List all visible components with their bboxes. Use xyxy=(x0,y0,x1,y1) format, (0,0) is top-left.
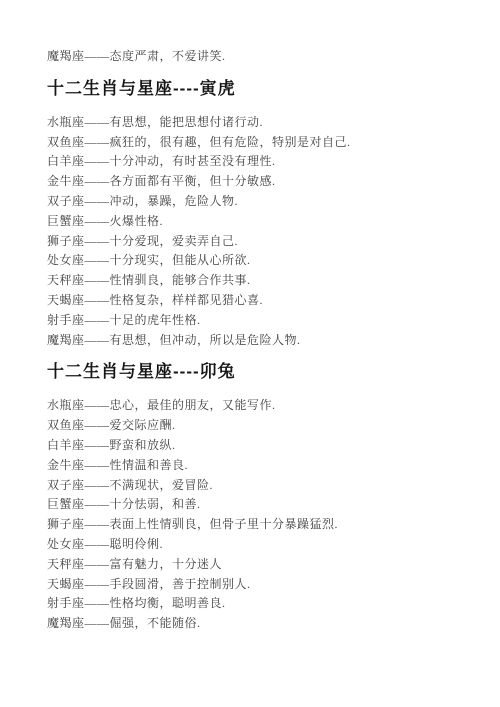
zodiac-line: 白羊座——野蛮和放纵. xyxy=(47,436,458,456)
zodiac-line: 魔羯座——倔强，不能随俗. xyxy=(47,614,458,634)
section-tiger: 十二生肖与星座----寅虎 水瓶座——有思想，能把思想付诸行动. 双鱼座——疯狂… xyxy=(47,77,458,351)
zodiac-line: 处女座——聪明伶俐. xyxy=(47,535,458,555)
zodiac-line: 天蝎座——手段圆滑，善于控制别人. xyxy=(47,575,458,595)
zodiac-line: 天秤座——富有魅力，十分迷人 xyxy=(47,555,458,575)
zodiac-line: 双子座——冲动，暴躁，危险人物. xyxy=(47,192,458,212)
zodiac-line: 巨蟹座——火爆性格. xyxy=(47,212,458,232)
zodiac-line: 射手座——十足的虎年性格. xyxy=(47,311,458,331)
zodiac-line: 白羊座——十分冲动，有时甚至没有理性. xyxy=(47,152,458,172)
section-heading-rabbit: 十二生肖与星座----卯兔 xyxy=(47,360,458,384)
section-body-tiger: 水瓶座——有思想，能把思想付诸行动. 双鱼座——疯狂的，很有趣，但有危险，特别是… xyxy=(47,113,458,351)
zodiac-line: 双子座——不满现状，爱冒险. xyxy=(47,476,458,496)
zodiac-line: 射手座——性格均衡，聪明善良. xyxy=(47,594,458,614)
zodiac-line: 金牛座——各方面都有平衡，但十分敏感. xyxy=(47,172,458,192)
zodiac-line: 水瓶座——忠心，最佳的朋友，又能写作. xyxy=(47,396,458,416)
section-rabbit: 十二生肖与星座----卯兔 水瓶座——忠心，最佳的朋友，又能写作. 双鱼座——爱… xyxy=(47,360,458,634)
zodiac-line: 魔羯座——有思想，但冲动，所以是危险人物. xyxy=(47,331,458,351)
carryover-zodiac-line: 魔羯座——态度严肃，不爱讲笑. xyxy=(47,47,458,67)
zodiac-line: 双鱼座——爱交际应酬. xyxy=(47,416,458,436)
zodiac-line: 天蝎座——性格复杂，样样都见猎心喜. xyxy=(47,291,458,311)
zodiac-line: 水瓶座——有思想，能把思想付诸行动. xyxy=(47,113,458,133)
zodiac-line: 天秤座——性情驯良，能够合作共事. xyxy=(47,271,458,291)
document-page: 魔羯座——态度严肃，不爱讲笑. 十二生肖与星座----寅虎 水瓶座——有思想，能… xyxy=(0,0,500,707)
zodiac-line: 狮子座——表面上性情驯良，但骨子里十分暴躁猛烈. xyxy=(47,515,458,535)
zodiac-line: 处女座——十分现实，但能从心所欲. xyxy=(47,251,458,271)
zodiac-line: 金牛座——性情温和善良. xyxy=(47,456,458,476)
zodiac-line: 巨蟹座——十分怯弱，和善. xyxy=(47,495,458,515)
section-heading-tiger: 十二生肖与星座----寅虎 xyxy=(47,77,458,101)
section-body-rabbit: 水瓶座——忠心，最佳的朋友，又能写作. 双鱼座——爱交际应酬. 白羊座——野蛮和… xyxy=(47,396,458,634)
zodiac-line: 狮子座——十分爱现，爱卖弄自己. xyxy=(47,232,458,252)
zodiac-line: 双鱼座——疯狂的，很有趣，但有危险，特别是对自己. xyxy=(47,133,458,153)
